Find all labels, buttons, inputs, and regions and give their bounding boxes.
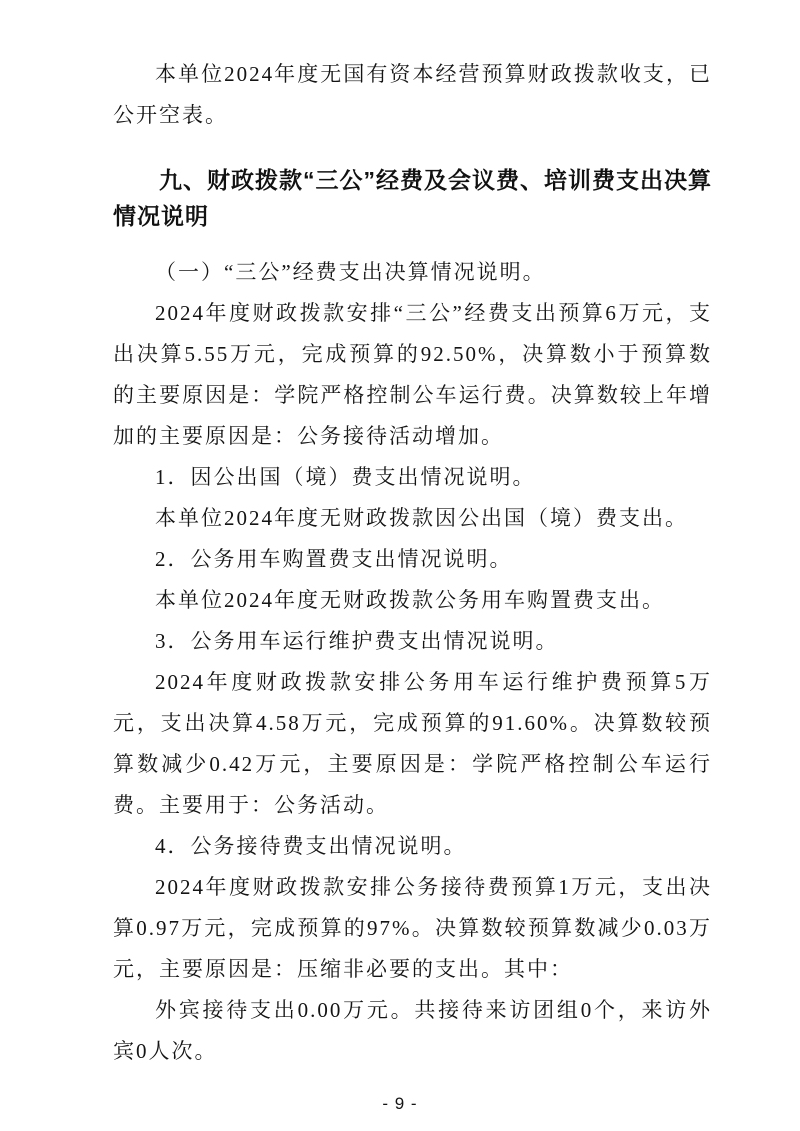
page-content: 本单位2024年度无国有资本经营预算财政拨款收支，已公开空表。 九、财政拨款“三… <box>113 54 712 1072</box>
item3-body-vehicle-maintenance: 2024年度财政拨款安排公务用车运行维护费预算5万元，支出决算4.58万元，完成… <box>113 662 712 826</box>
item4-detail-foreign-guests: 外宾接待支出0.00万元。共接待来访团组0个，来访外宾0人次。 <box>113 990 712 1072</box>
item2-body-vehicle-purchase: 本单位2024年度无财政拨款公务用车购置费支出。 <box>113 580 712 621</box>
item3-title-vehicle-maintenance: 3．公务用车运行维护费支出情况说明。 <box>113 621 712 662</box>
item4-body-official-reception: 2024年度财政拨款安排公务接待费预算1万元，支出决算0.97万元，完成预算的9… <box>113 867 712 990</box>
paragraph-sangong-summary: 2024年度财政拨款安排“三公”经费支出预算6万元，支出决算5.55万元，完成预… <box>113 293 712 457</box>
item2-title-vehicle-purchase: 2．公务用车购置费支出情况说明。 <box>113 539 712 580</box>
item1-title-abroad-expense: 1．因公出国（境）费支出情况说明。 <box>113 457 712 498</box>
item1-body-abroad-expense: 本单位2024年度无财政拨款因公出国（境）费支出。 <box>113 498 712 539</box>
section-heading-nine: 九、财政拨款“三公”经费及会议费、培训费支出决算情况说明 <box>113 162 712 234</box>
document-page: 本单位2024年度无国有资本经营预算财政拨款收支，已公开空表。 九、财政拨款“三… <box>0 0 800 1131</box>
subsection-one-title: （一）“三公”经费支出决算情况说明。 <box>113 252 712 293</box>
paragraph-state-capital-note: 本单位2024年度无国有资本经营预算财政拨款收支，已公开空表。 <box>113 54 712 136</box>
item4-title-official-reception: 4．公务接待费支出情况说明。 <box>113 826 712 867</box>
page-number: - 9 - <box>0 1094 800 1114</box>
